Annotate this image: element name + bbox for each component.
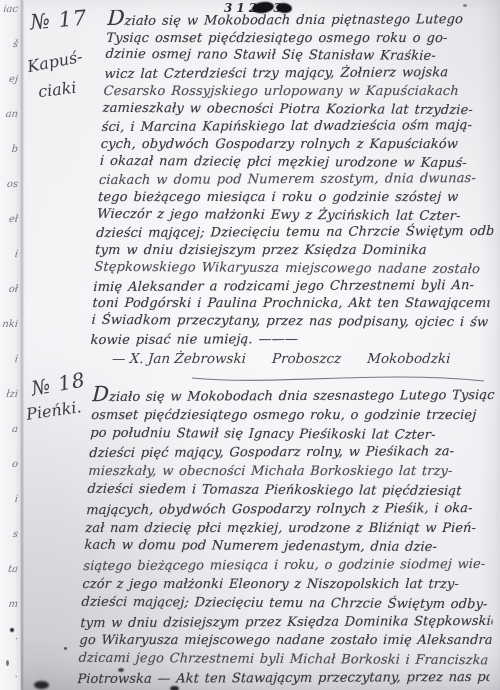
- signature-parish: Mokobodzki: [367, 351, 451, 367]
- edge-text-fragment: eł: [0, 214, 21, 225]
- handwritten-line: Działo się w Mokobodach dnia piętnastego…: [107, 8, 500, 31]
- record-17-margin-number: № 17: [29, 6, 88, 35]
- record-17-body-text: Działo się w Mokobodach dnia piętnastego…: [90, 9, 500, 348]
- handwritten-line: dzieści siedem i Tomasza Pieńkoskiego la…: [87, 481, 500, 502]
- edge-text-fragment: b: [0, 144, 21, 155]
- edge-text-fragment: o: [0, 459, 21, 470]
- handwritten-line: go Wikaryusza miejscowego nadane zostało…: [79, 632, 492, 651]
- handwritten-line: mających, obydwóch Gospodarzy rolnych z …: [86, 500, 499, 521]
- previous-page-edge: iacšejanbosełiołnkiiłziaoistam·.: [0, 0, 21, 690]
- handwritten-line: Cesarsko Rossyjskiego urlopowany w Kapuś…: [103, 83, 500, 101]
- handwritten-line: dzicami jego Chrzestnemi byli Michał Bor…: [78, 650, 491, 671]
- ink-speck: [34, 681, 49, 689]
- handwritten-line: tym w dniu dzisiejszym przez Księdza Dom…: [80, 612, 493, 633]
- handwritten-line: wicz lat Czterdzieści trzy mający, Żołni…: [104, 64, 500, 84]
- signature-title: Proboszcz: [271, 351, 341, 367]
- signature-priest-name: — X. Jan Żebrowski: [111, 351, 246, 367]
- edge-text-fragment: i: [0, 494, 21, 505]
- record-17-margin-place: Kapuś-: [26, 47, 84, 76]
- edge-text-fragment: oł: [0, 284, 21, 295]
- handwritten-line: dzieści mającej; Dziecięciu temu na Chrz…: [96, 223, 494, 243]
- handwritten-line: siątego bieżącego miesiąca i roku, o god…: [83, 556, 496, 577]
- binding-fold-line: [21, 0, 24, 690]
- register-page-scan: iacšejanbosełiołnkiiłziaoistam·. 31273 №…: [0, 0, 500, 690]
- handwritten-line: tym w dniu dzisiejszym przez Księdza Dom…: [95, 242, 493, 260]
- handwritten-line: osmset pięćdziesiątego osmego roku, o go…: [91, 407, 500, 426]
- edge-text-fragment: š: [0, 39, 21, 50]
- edge-text-fragment: s: [0, 529, 21, 540]
- handwritten-line: kach w domu pod Numerem jedenastym, dnia…: [84, 537, 497, 558]
- handwritten-line: mieszkały, w obecności Michała Borkoskie…: [88, 463, 500, 482]
- handwritten-line: tego bieżącego miesiąca i roku o godzini…: [98, 189, 496, 207]
- handwritten-line: ciakach w domu pod Numerem szostym, dnia…: [98, 170, 496, 190]
- handwritten-line: toni Podgórski i Paulina Prochnicka, Akt…: [92, 295, 490, 313]
- edge-text-fragment: ta: [0, 564, 21, 575]
- ink-speck: [463, 4, 467, 7]
- handwritten-line: Działo się w Mokobodach dnia szesnastego…: [92, 383, 500, 408]
- edge-text-fragment: an: [0, 109, 21, 120]
- handwritten-line: Tysiąc osmset pięćdziesiątego osmego rok…: [106, 30, 500, 48]
- handwritten-line: cych, obydwóch Gospodarzy rolnych z Kapu…: [100, 136, 498, 154]
- edge-text-fragment: ej: [0, 74, 21, 85]
- signature-line: — X. Jan Żebrowski Proboszcz Mokobodzki: [111, 351, 492, 367]
- handwritten-line: dzieści pięć mający, Gospodarz rolny, w …: [89, 443, 500, 464]
- handwritten-line: dzieści mającej; Dziecięciu temu na Chrz…: [81, 594, 494, 615]
- ink-speck: [6, 660, 9, 666]
- edge-text-fragment: nki: [0, 319, 21, 330]
- ink-speck: [118, 668, 124, 672]
- edge-text-fragment: ·: [0, 634, 21, 645]
- record-18-margin-number: № 18: [29, 367, 87, 400]
- edge-text-fragment: os: [0, 179, 21, 190]
- edge-text-fragment: iac: [0, 4, 21, 15]
- edge-text-fragment: m: [0, 599, 21, 610]
- handwritten-line: imię Aleksander a rodzicami jego Chrzest…: [93, 277, 491, 297]
- handwritten-line: Stępkowskiego Wikaryusza miejscowego nad…: [94, 259, 492, 279]
- ink-speck: [170, 686, 179, 690]
- handwritten-line: zał nam dziecię płci męzkiej, urodzone z…: [85, 520, 498, 539]
- ink-speck: [64, 647, 67, 650]
- record-17-margin-place: ciaki: [37, 78, 77, 102]
- handwritten-line: Piotrowska — Akt ten Stawającym przeczyt…: [77, 669, 490, 690]
- handwritten-line: czór z jego małżonki Eleonory z Niszopol…: [82, 576, 495, 595]
- edge-text-fragment: i: [0, 354, 21, 365]
- record-18-body-text: Działo się w Mokobodach dnia szesnastego…: [77, 384, 500, 686]
- handwritten-line: kowie pisać nie umieją. ———: [90, 330, 488, 350]
- handwritten-line: i Świadkom przeczytany, przez nas podpis…: [91, 312, 489, 332]
- record-18-margin-place: Pieńki.: [25, 397, 83, 424]
- edge-text-fragment: i: [0, 249, 21, 260]
- edge-text-fragment: łzi: [0, 389, 21, 400]
- handwritten-line: ści, i Marcina Kapińskiego lat dwadzieśc…: [101, 117, 499, 137]
- edge-text-fragment: a: [0, 424, 21, 435]
- ink-speck: [10, 628, 14, 632]
- edge-text-fragment: .: [0, 669, 21, 680]
